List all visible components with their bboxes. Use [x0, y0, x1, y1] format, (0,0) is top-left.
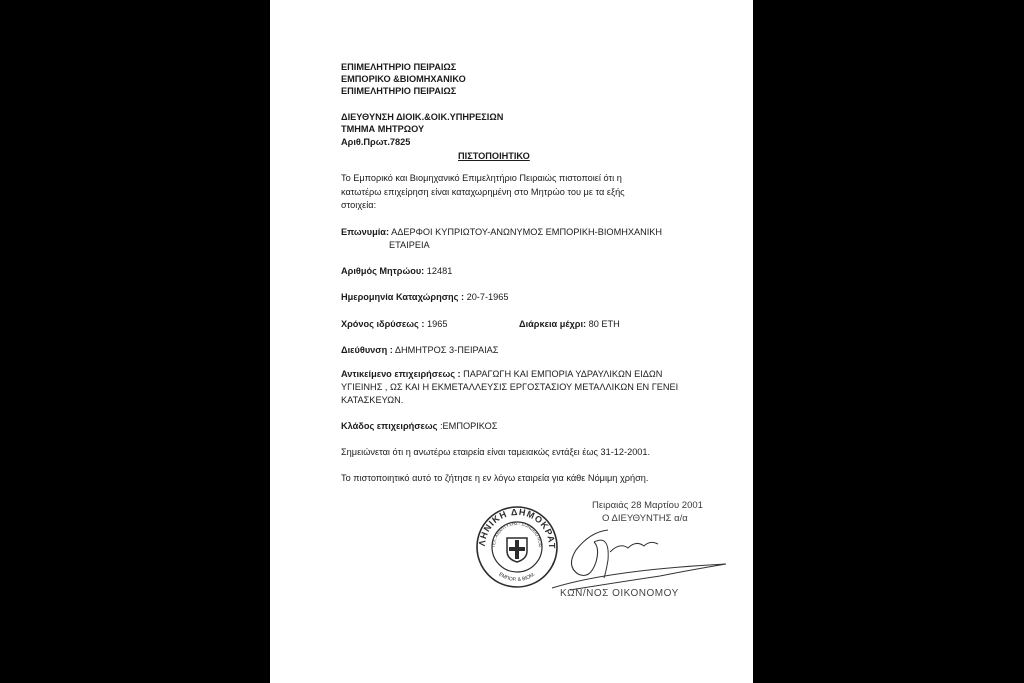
- field-founding-year-value: 1965: [427, 319, 447, 329]
- official-seal-stamp: ΕΛΛΗΝΙΚΗ ΔΗΜΟΚΡΑΤΙΑ ΤΕΛ. ΑΝΑΠΤΥΞΗΣ - ΣΟΝ…: [475, 505, 559, 589]
- field-business-sector: Κλάδος επιχειρήσεως :ΕΜΠΟΡΙΚΟΣ: [341, 420, 497, 432]
- field-duration: Διάρκεια μέχρι: 80 ΕΤΗ: [519, 318, 620, 330]
- field-address-label: Διεύθυνση :: [341, 345, 393, 355]
- field-name-value-1: ΑΔΕΡΦΟΙ ΚΥΠΡΙΩΤΟΥ-ΑΝΩΝΥΜΟΣ ΕΜΠΟΡΙΚΗ-ΒΙΟΜ…: [391, 227, 662, 237]
- field-address-value: ΔΗΜΗΤΡΟΣ 3-ΠΕΙΡΑΙΑΣ: [395, 345, 499, 355]
- field-name: Επωνυμία: ΑΔΕΡΦΟΙ ΚΥΠΡΙΩΤΟΥ-ΑΝΩΝΥΜΟΣ ΕΜΠ…: [341, 226, 662, 238]
- intro-line-1: Το Εμπορικό και Βιομηχανικό Επιμελητήριο…: [341, 172, 622, 184]
- field-business-object-value-3: ΚΑΤΑΣΚΕΥΩΝ.: [341, 394, 403, 406]
- field-registry-number-label: Αριθμός Μητρώου:: [341, 266, 424, 276]
- field-business-object: Αντικείμενο επιχειρήσεως : ΠΑΡΑΓΩΓΗ ΚΑΙ …: [341, 368, 662, 380]
- field-name-value-2: ΕΤΑΙΡΕΙΑ: [389, 239, 430, 251]
- field-registration-date-label: Ημερομηνία Καταχώρησης :: [341, 292, 464, 302]
- field-business-sector-value: :ΕΜΠΟΡΙΚΟΣ: [440, 421, 497, 431]
- document-page: ΕΠΙΜΕΛΗΤΗΡΙΟ ΠΕΙΡΑΙΩΣ ΕΜΠΟΡΙΚΟ &ΒΙΟΜΗΧΑΝ…: [270, 0, 753, 683]
- signatory-name: ΚΩΝ/ΝΟΣ ΟΙΚΟΝΟΜΟΥ: [560, 588, 679, 599]
- protocol-number: Αριθ.Πρωτ.7825: [341, 136, 410, 148]
- field-founding-year: Χρόνος ιδρύσεως : 1965: [341, 318, 447, 330]
- svg-text:ΕΜΠΟΡ. & ΒΙΟΜ.: ΕΜΠΟΡ. & ΒΙΟΜ.: [497, 571, 536, 583]
- stamp-bottom-text: ΕΜΠΟΡ. & ΒΙΟΜ.: [497, 571, 536, 583]
- field-registry-number-value: 12481: [427, 266, 453, 276]
- field-duration-label: Διάρκεια μέχρι:: [519, 319, 586, 329]
- field-founding-year-label: Χρόνος ιδρύσεως :: [341, 319, 424, 329]
- field-address: Διεύθυνση : ΔΗΜΗΤΡΟΣ 3-ΠΕΙΡΑΙΑΣ: [341, 344, 498, 356]
- field-duration-value: 80 ΕΤΗ: [589, 319, 620, 329]
- note-paid-up: Σημειώνεται ότι η ανωτέρω εταιρεία είναι…: [341, 446, 650, 458]
- field-registry-number: Αριθμός Μητρώου: 12481: [341, 265, 452, 277]
- header-line-1: ΕΠΙΜΕΛΗΤΗΡΙΟ ΠΕΙΡΑΙΩΣ: [341, 61, 456, 73]
- department-line-2: ΤΜΗΜΑ ΜΗΤΡΩΟΥ: [341, 123, 424, 135]
- field-registration-date-value: 20-7-1965: [467, 292, 509, 302]
- department-line-1: ΔΙΕΥΘΥΝΣΗ ΔΙΟΙΚ.&ΟΙΚ.ΥΠΗΡΕΣΙΩΝ: [341, 111, 503, 123]
- header-line-2: ΕΜΠΟΡΙΚΟ &ΒΙΟΜΗΧΑΝΙΚΟ: [341, 73, 466, 85]
- intro-line-3: στοιχεία:: [341, 199, 376, 211]
- greek-coat-of-arms-icon: [507, 538, 527, 562]
- field-registration-date: Ημερομηνία Καταχώρησης : 20-7-1965: [341, 291, 508, 303]
- field-business-sector-label: Κλάδος επιχειρήσεως: [341, 421, 437, 431]
- document-title: ΠΙΣΤΟΠΟΙΗΤΙΚΟ: [458, 150, 530, 162]
- note-requested-use: Το πιστοποιητικό αυτό το ζήτησε η εν λόγ…: [341, 472, 648, 484]
- handwritten-signature: [550, 520, 730, 595]
- signature-place-date: Πειραιάς 28 Μαρτίου 2001: [592, 500, 703, 511]
- field-business-object-value-1: ΠΑΡΑΓΩΓΗ ΚΑΙ ΕΜΠΟΡΙΑ ΥΔΡΑΥΛΙΚΩΝ ΕΙΔΩΝ: [463, 369, 662, 379]
- intro-line-2: κατωτέρω επιχείρηση είναι καταχωρημένη σ…: [341, 186, 625, 198]
- header-line-3: ΕΠΙΜΕΛΗΤΗΡΙΟ ΠΕΙΡΑΙΩΣ: [341, 85, 456, 97]
- field-business-object-value-2: ΥΓΙΕΙΝΗΣ , ΩΣ ΚΑΙ Η ΕΚΜΕΤΑΛΛΕΥΣΙΣ ΕΡΓΟΣΤ…: [341, 381, 678, 393]
- field-name-label: Επωνυμία:: [341, 227, 389, 237]
- field-business-object-label: Αντικείμενο επιχειρήσεως :: [341, 369, 461, 379]
